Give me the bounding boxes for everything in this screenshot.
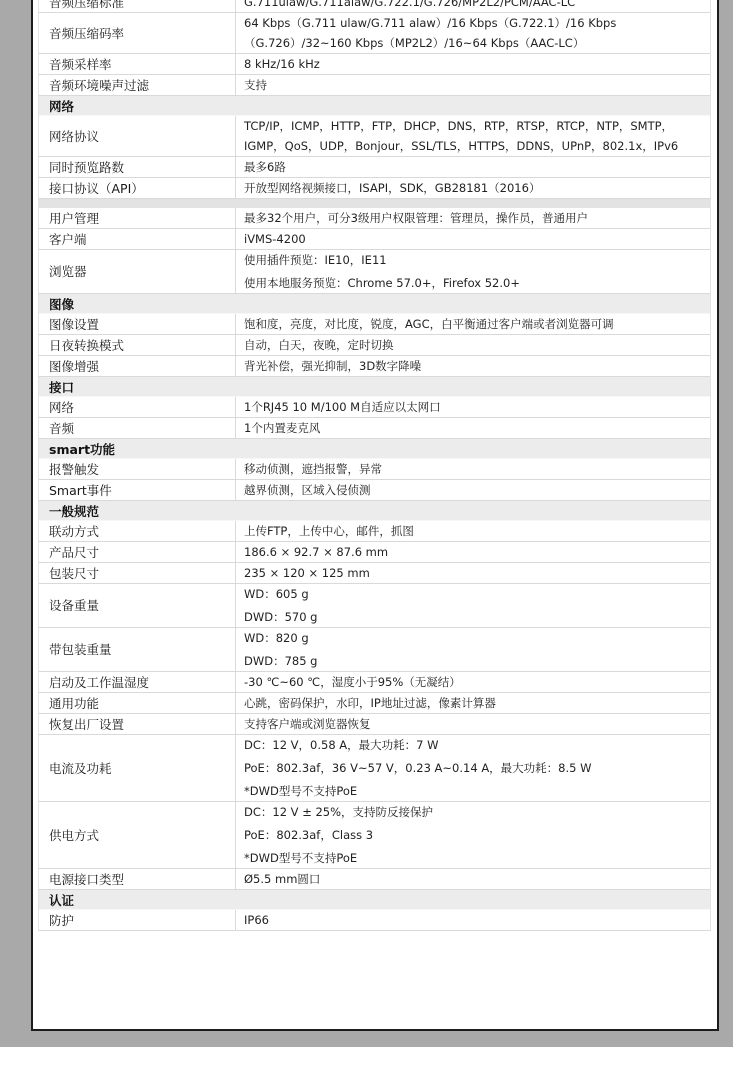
- row-value: 开放型网络视频接口，ISAPI，SDK，GB28181（2016）: [236, 178, 710, 198]
- row-label: 网络: [39, 397, 236, 417]
- row-value: G.711ulaw/G.711alaw/G.722.1/G.726/MP2L2/…: [236, 0, 710, 12]
- value-line: 1个RJ45 10 M/100 M自适应以太网口: [244, 397, 702, 417]
- row-label: 电流及功耗: [39, 735, 236, 801]
- value-line: 最多32个用户，可分3级用户权限管理：管理员，操作员，普通用户: [244, 208, 702, 228]
- row-value: TCP/IP，ICMP，HTTP，FTP，DHCP，DNS，RTP，RTSP，R…: [236, 116, 710, 156]
- value-line: 背光补偿，强光抑制，3D数字降噪: [244, 356, 702, 376]
- row-value: 1个内置麦克风: [236, 418, 710, 438]
- value-line: iVMS-4200: [244, 229, 702, 249]
- table-row: 音频压缩标准G.711ulaw/G.711alaw/G.722.1/G.726/…: [39, 0, 710, 13]
- table-row: 包装尺寸235 × 120 × 125 mm: [39, 563, 710, 584]
- row-value: 上传FTP，上传中心，邮件，抓图: [236, 521, 710, 541]
- value-line: PoE：802.3af，36 V~57 V，0.23 A~0.14 A，最大功耗…: [244, 758, 702, 778]
- value-line: IP66: [244, 910, 702, 930]
- table-row: 音频1个内置麦克风: [39, 418, 710, 439]
- value-line: 1个内置麦克风: [244, 418, 702, 438]
- section-header: 一般规范: [39, 501, 710, 521]
- row-value: 支持: [236, 75, 710, 95]
- row-value: 186.6 × 92.7 × 87.6 mm: [236, 542, 710, 562]
- row-label: 包装尺寸: [39, 563, 236, 583]
- row-value: 自动，白天，夜晚，定时切换: [236, 335, 710, 355]
- value-line: DC：12 V ± 25%，支持防反接保护: [244, 802, 702, 822]
- row-label: 客户端: [39, 229, 236, 249]
- row-value: 移动侦测，遮挡报警，异常: [236, 459, 710, 479]
- section-header: smart功能: [39, 439, 710, 459]
- table-row: 联动方式上传FTP，上传中心，邮件，抓图: [39, 521, 710, 542]
- value-line: WD：605 g: [244, 584, 702, 604]
- table-row: 产品尺寸186.6 × 92.7 × 87.6 mm: [39, 542, 710, 563]
- table-row: 供电方式DC：12 V ± 25%，支持防反接保护PoE：802.3af，Cla…: [39, 802, 710, 869]
- row-label: 音频: [39, 418, 236, 438]
- section-header: 认证: [39, 890, 710, 910]
- table-row: 音频压缩码率64 Kbps（G.711 ulaw/G.711 alaw）/16 …: [39, 13, 710, 54]
- value-line: 186.6 × 92.7 × 87.6 mm: [244, 542, 702, 562]
- table-row: 音频环境噪声过滤支持: [39, 75, 710, 96]
- table-row: 报警触发移动侦测，遮挡报警，异常: [39, 459, 710, 480]
- row-value: 1个RJ45 10 M/100 M自适应以太网口: [236, 397, 710, 417]
- row-label: 音频压缩标准: [39, 0, 236, 12]
- section-header: 网络: [39, 96, 710, 116]
- row-value: 使用插件预览：IE10，IE11使用本地服务预览：Chrome 57.0+，Fi…: [236, 250, 710, 293]
- section-header: 接口: [39, 377, 710, 397]
- row-value: 最多32个用户，可分3级用户权限管理：管理员，操作员，普通用户: [236, 208, 710, 228]
- value-line: -30 ℃~60 ℃，湿度小于95%（无凝结）: [244, 672, 702, 692]
- value-line: 越界侦测，区域入侵侦测: [244, 480, 702, 500]
- row-label: 带包装重量: [39, 628, 236, 671]
- value-line: 支持: [244, 75, 702, 95]
- value-line: 开放型网络视频接口，ISAPI，SDK，GB28181（2016）: [244, 178, 702, 198]
- row-label: 日夜转换模式: [39, 335, 236, 355]
- document-page: 音频压缩标准G.711ulaw/G.711alaw/G.722.1/G.726/…: [31, 0, 719, 1031]
- table-row: 同时预览路数最多6路: [39, 157, 710, 178]
- row-value: Ø5.5 mm圆口: [236, 869, 710, 889]
- value-line: 使用本地服务预览：Chrome 57.0+，Firefox 52.0+: [244, 273, 702, 293]
- row-label: 通用功能: [39, 693, 236, 713]
- value-line: 饱和度，亮度，对比度，锐度，AGC，白平衡通过客户端或者浏览器可调: [244, 314, 702, 334]
- table-row: 网络协议TCP/IP，ICMP，HTTP，FTP，DHCP，DNS，RTP，RT…: [39, 116, 710, 157]
- table-row: 图像设置饱和度，亮度，对比度，锐度，AGC，白平衡通过客户端或者浏览器可调: [39, 314, 710, 335]
- table-row: 音频采样率8 kHz/16 kHz: [39, 54, 710, 75]
- row-label: 设备重量: [39, 584, 236, 627]
- table-row: 日夜转换模式自动，白天，夜晚，定时切换: [39, 335, 710, 356]
- value-line: *DWD型号不支持PoE: [244, 848, 702, 868]
- row-label: 音频环境噪声过滤: [39, 75, 236, 95]
- value-line: PoE：802.3af，Class 3: [244, 825, 702, 845]
- value-line: Ø5.5 mm圆口: [244, 869, 702, 889]
- value-line: WD：820 g: [244, 628, 702, 648]
- row-label: 浏览器: [39, 250, 236, 293]
- row-label: 用户管理: [39, 208, 236, 228]
- row-value: -30 ℃~60 ℃，湿度小于95%（无凝结）: [236, 672, 710, 692]
- row-value: WD：820 gDWD：785 g: [236, 628, 710, 671]
- row-value: 8 kHz/16 kHz: [236, 54, 710, 74]
- row-label: 防护: [39, 910, 236, 930]
- value-line: DWD：570 g: [244, 607, 702, 627]
- row-label: Smart事件: [39, 480, 236, 500]
- table-row: 恢复出厂设置支持客户端或浏览器恢复: [39, 714, 710, 735]
- value-line: *DWD型号不支持PoE: [244, 781, 702, 801]
- row-label: 联动方式: [39, 521, 236, 541]
- row-value: WD：605 gDWD：570 g: [236, 584, 710, 627]
- value-line: 8 kHz/16 kHz: [244, 54, 702, 74]
- table-row: 客户端iVMS-4200: [39, 229, 710, 250]
- table-row: 用户管理最多32个用户，可分3级用户权限管理：管理员，操作员，普通用户: [39, 208, 710, 229]
- table-row: 防护IP66: [39, 910, 710, 931]
- table-row: 图像增强背光补偿，强光抑制，3D数字降噪: [39, 356, 710, 377]
- value-line: DC：12 V，0.58 A，最大功耗：7 W: [244, 735, 702, 755]
- table-row: 带包装重量WD：820 gDWD：785 g: [39, 628, 710, 672]
- row-label: 产品尺寸: [39, 542, 236, 562]
- row-value: 支持客户端或浏览器恢复: [236, 714, 710, 734]
- table-row: 电源接口类型Ø5.5 mm圆口: [39, 869, 710, 890]
- row-label: 接口协议（API）: [39, 178, 236, 198]
- row-label: 同时预览路数: [39, 157, 236, 177]
- row-label: 音频压缩码率: [39, 13, 236, 53]
- table-row: Smart事件越界侦测，区域入侵侦测: [39, 480, 710, 501]
- table-row: 设备重量WD：605 gDWD：570 g: [39, 584, 710, 628]
- value-line: 235 × 120 × 125 mm: [244, 563, 702, 583]
- value-line: G.711ulaw/G.711alaw/G.722.1/G.726/MP2L2/…: [244, 0, 702, 12]
- spec-table: 音频压缩标准G.711ulaw/G.711alaw/G.722.1/G.726/…: [38, 0, 711, 931]
- row-label: 恢复出厂设置: [39, 714, 236, 734]
- table-row: 浏览器使用插件预览：IE10，IE11使用本地服务预览：Chrome 57.0+…: [39, 250, 710, 294]
- row-value: DC：12 V ± 25%，支持防反接保护PoE：802.3af，Class 3…: [236, 802, 710, 868]
- row-value: IP66: [236, 910, 710, 930]
- table-row: 网络1个RJ45 10 M/100 M自适应以太网口: [39, 397, 710, 418]
- row-value: 心跳，密码保护，水印，IP地址过滤，像素计算器: [236, 693, 710, 713]
- row-label: 图像设置: [39, 314, 236, 334]
- value-line: 自动，白天，夜晚，定时切换: [244, 335, 702, 355]
- section-spacer: [39, 199, 710, 208]
- value-line: 最多6路: [244, 157, 702, 177]
- value-line: 使用插件预览：IE10，IE11: [244, 250, 702, 270]
- row-value: 饱和度，亮度，对比度，锐度，AGC，白平衡通过客户端或者浏览器可调: [236, 314, 710, 334]
- value-line: 心跳，密码保护，水印，IP地址过滤，像素计算器: [244, 693, 702, 713]
- value-line: 移动侦测，遮挡报警，异常: [244, 459, 702, 479]
- value-line: 64 Kbps（G.711 ulaw/G.711 alaw）/16 Kbps（G…: [244, 13, 702, 53]
- row-label: 音频采样率: [39, 54, 236, 74]
- value-line: TCP/IP，ICMP，HTTP，FTP，DHCP，DNS，RTP，RTSP，R…: [244, 116, 702, 156]
- row-value: 235 × 120 × 125 mm: [236, 563, 710, 583]
- section-header: 图像: [39, 294, 710, 314]
- row-label: 报警触发: [39, 459, 236, 479]
- row-value: 64 Kbps（G.711 ulaw/G.711 alaw）/16 Kbps（G…: [236, 13, 710, 53]
- table-row: 电流及功耗DC：12 V，0.58 A，最大功耗：7 WPoE：802.3af，…: [39, 735, 710, 802]
- row-value: 越界侦测，区域入侵侦测: [236, 480, 710, 500]
- row-value: DC：12 V，0.58 A，最大功耗：7 WPoE：802.3af，36 V~…: [236, 735, 710, 801]
- row-label: 网络协议: [39, 116, 236, 156]
- table-row: 启动及工作温湿度-30 ℃~60 ℃，湿度小于95%（无凝结）: [39, 672, 710, 693]
- row-value: iVMS-4200: [236, 229, 710, 249]
- value-line: 上传FTP，上传中心，邮件，抓图: [244, 521, 702, 541]
- value-line: DWD：785 g: [244, 651, 702, 671]
- row-label: 启动及工作温湿度: [39, 672, 236, 692]
- table-row: 接口协议（API）开放型网络视频接口，ISAPI，SDK，GB28181（201…: [39, 178, 710, 199]
- row-label: 图像增强: [39, 356, 236, 376]
- value-line: 支持客户端或浏览器恢复: [244, 714, 702, 734]
- row-value: 最多6路: [236, 157, 710, 177]
- table-row: 通用功能心跳，密码保护，水印，IP地址过滤，像素计算器: [39, 693, 710, 714]
- row-label: 电源接口类型: [39, 869, 236, 889]
- row-value: 背光补偿，强光抑制，3D数字降噪: [236, 356, 710, 376]
- row-label: 供电方式: [39, 802, 236, 868]
